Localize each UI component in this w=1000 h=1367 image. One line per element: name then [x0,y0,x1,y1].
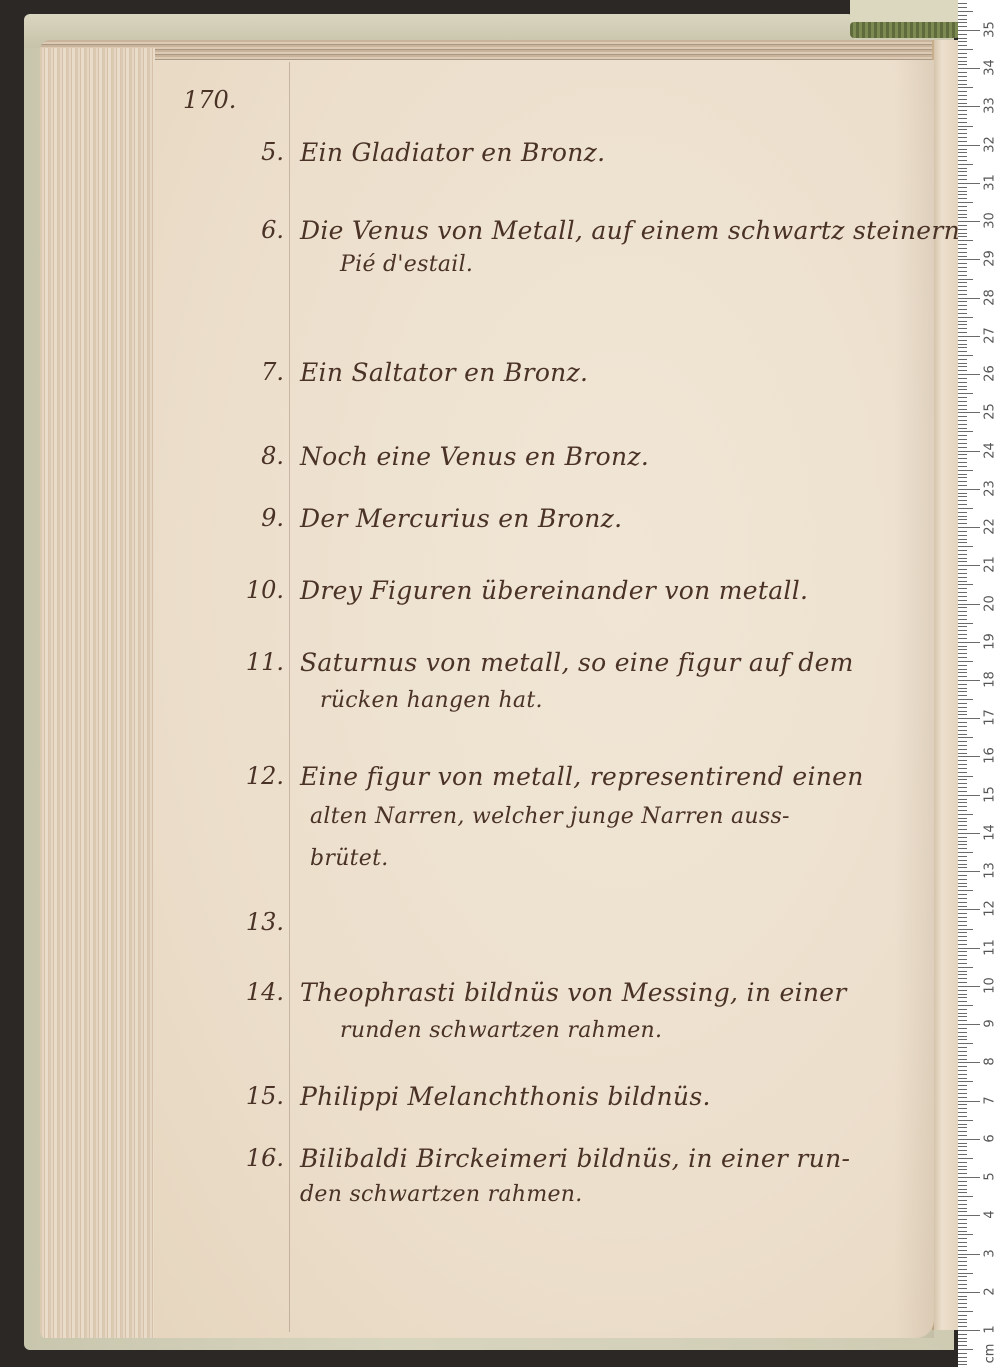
ruler-tick [958,1196,973,1197]
ruler-tick [958,1036,967,1037]
ruler-label: 16 [983,746,998,766]
ruler-tick [958,795,980,796]
page-stack-top [40,40,940,62]
ruler-label: 34 [983,58,998,78]
ruler-tick [958,1009,967,1010]
ruler-tick [958,611,967,612]
ruler-tick [958,202,973,203]
ruler-tick [958,940,967,941]
ruler-label: 20 [983,593,998,613]
ruler-tick [958,997,967,998]
ruler-tick [958,1250,967,1251]
ruler-tick [958,45,967,46]
ruler-tick [958,110,967,111]
scan-scene: 170. 5. Ein Gladiator en Bronz. 6. Die V… [0,0,1000,1367]
ruler-label: 23 [983,478,998,498]
ruler-tick [958,1254,980,1255]
ruler-tick [958,1361,967,1362]
ruler-tick [958,542,967,543]
ruler-tick [958,764,967,765]
ruler-tick [958,344,967,345]
entry-number: 16. [240,1144,284,1172]
ruler-tick [958,1085,967,1086]
ruler-tick [958,802,967,803]
ruler-tick [958,699,973,700]
ruler-tick [958,248,967,249]
ruler-label: 8 [983,1052,998,1072]
ruler-tick [958,737,973,738]
ruler-tick [958,481,967,482]
ruler-tick [958,164,973,165]
ruler-tick [958,1219,967,1220]
ruler-tick [958,1028,967,1029]
ruler-tick [958,1089,967,1090]
ruler-tick [958,600,967,601]
ruler-tick [958,282,967,283]
ruler-tick [958,921,967,922]
ruler-tick [958,890,973,891]
ruler-tick [958,431,973,432]
ruler-tick [958,1181,967,1182]
ruler-tick [958,776,973,777]
ruler-tick [958,867,967,868]
ruler-tick [958,1173,967,1174]
ruler-tick [958,485,967,486]
ruler-tick [958,15,967,16]
ruler-tick [958,11,973,12]
ruler-tick [958,489,980,490]
ruler-tick [958,99,967,100]
ruler-tick [958,84,967,85]
ruler-tick [958,221,980,222]
ruler-tick [958,546,973,547]
ruler-tick [958,7,967,8]
entry-text: Der Mercurius en Bronz. [300,504,622,533]
page-stack-edge [40,48,155,1338]
entry-number: 14. [240,978,284,1006]
ruler-tick [958,214,967,215]
ruler-tick [958,366,967,367]
ruler-tick [958,711,967,712]
ruler-tick [958,936,967,937]
ruler-tick [958,665,967,666]
ruler-tick [958,948,980,949]
ruler-tick [958,508,973,509]
ruler-tick [958,359,967,360]
ruler-tick [958,1257,967,1258]
ruler-tick [958,539,967,540]
ruler-tick [958,1269,967,1270]
ruler-tick [958,210,967,211]
ruler-tick [958,535,967,536]
ruler-tick [958,734,967,735]
ruler-tick [958,87,973,88]
ruler-tick [958,990,967,991]
ruler-tick [958,126,973,127]
ruler-label: 26 [983,364,998,384]
ruler-tick [958,3,967,4]
ruler-tick [958,477,967,478]
ruler-tick [958,691,967,692]
ruler-tick [958,470,973,471]
entry-text-cont: runden schwartzen rahmen. [340,1018,662,1043]
ruler-tick [958,1039,967,1040]
ruler-tick [958,1158,973,1159]
ruler-tick [958,1227,967,1228]
ruler-tick [958,718,980,719]
ruler-tick [958,41,967,42]
ruler-tick [958,347,967,348]
ruler-tick [958,634,967,635]
ruler-tick [958,787,967,788]
ruler-tick [958,615,967,616]
ruler-tick [958,626,967,627]
ruler-tick [958,1074,967,1075]
ruler-tick [958,229,967,230]
entry-text: Drey Figuren übereinander von metall. [300,576,808,605]
ruler-tick [958,848,967,849]
ruler-tick [958,1059,967,1060]
ruler-label: 13 [983,861,998,881]
ruler-tick [958,252,967,253]
ruler-tick [958,263,967,264]
ruler-tick [958,57,967,58]
ruler-tick [958,573,967,574]
ruler-tick [958,389,967,390]
ruler-tick [958,236,967,237]
ruler-tick [958,447,967,448]
ruler-tick [958,1104,967,1105]
ruler-tick [958,726,967,727]
ruler-tick [958,443,967,444]
ruler-tick [958,963,967,964]
ruler-tick [958,581,967,582]
ruler-tick [958,168,967,169]
ruler-tick [958,814,973,815]
ruler-tick [958,565,980,566]
ruler-label: 2 [983,1281,998,1301]
ruler-tick [958,428,967,429]
ruler-label: 17 [983,708,998,728]
ruler-tick [958,1066,967,1067]
ruler-tick [958,1353,967,1354]
ruler-tick [958,405,967,406]
ruler-tick [958,695,967,696]
entry-number: 15. [240,1082,284,1110]
ruler-tick [958,1330,980,1331]
ruler-tick [958,103,967,104]
ruler-tick [958,1189,967,1190]
ruler-tick [958,1296,967,1297]
ruler-label: 27 [983,325,998,345]
ruler-tick [958,233,967,234]
entry-number: 6. [240,216,284,244]
ruler-tick [958,454,967,455]
ruler-tick [958,1307,967,1308]
ruler-tick [958,294,967,295]
ruler-tick [958,860,967,861]
ruler-tick [958,577,967,578]
ruler-tick [958,1139,980,1140]
ruler-tick [958,871,980,872]
ruler-tick [958,519,967,520]
ruler-tick [958,493,967,494]
ruler-tick [958,1349,973,1350]
ruler-tick [958,244,967,245]
ruler-tick [958,1166,967,1167]
ruler-tick [958,1322,967,1323]
ruler-label: 4 [983,1205,998,1225]
ruler-tick [958,561,967,562]
ruler-tick [958,1032,967,1033]
ruler-tick [958,500,967,501]
ruler-tick [958,1120,973,1121]
ruler-tick [958,588,967,589]
ruler-tick [958,925,967,926]
ruler-tick [958,951,967,952]
ruler-tick [958,1127,967,1128]
ruler-tick [958,1200,967,1201]
ruler-tick [958,1238,967,1239]
ruler-tick [958,749,967,750]
ruler-tick [958,370,967,371]
ruler-tick [958,825,967,826]
ruler-tick [958,1185,967,1186]
ruler-tick [958,271,967,272]
ruler-tick [958,864,967,865]
ruler-label: 31 [983,172,998,192]
ruler-tick [958,1005,973,1006]
ruler-tick [958,971,967,972]
ruler-tick [958,149,967,150]
ruler-tick [958,259,980,260]
ruler-tick [958,974,967,975]
ruler-tick [958,1204,967,1205]
ruler-tick [958,317,973,318]
ruler-tick [958,1001,967,1002]
ruler-tick [958,810,967,811]
ruler-tick [958,959,967,960]
ruler-tick [958,898,967,899]
ruler-tick [958,504,967,505]
ruler-tick [958,332,967,333]
ruler-tick [958,267,967,268]
margin-rule [289,62,290,1332]
ruler-tick [958,1135,967,1136]
ruler-tick [958,558,967,559]
ruler-tick [958,409,967,410]
headband [850,22,960,38]
ruler-tick [958,1357,967,1358]
ruler-tick [958,122,967,123]
ruler-tick [958,474,967,475]
ruler-tick [958,1311,973,1312]
ruler-tick [958,730,967,731]
ruler-label: 18 [983,670,998,690]
ruler-tick [958,34,967,35]
ruler-tick [958,661,973,662]
ruler-tick [958,225,967,226]
ruler-tick [958,986,980,987]
ruler-tick [958,324,967,325]
ruler-tick [958,1162,967,1163]
ruler-tick [958,523,967,524]
ruler-tick [958,374,980,375]
entry-text: Ein Gladiator en Bronz. [300,138,605,167]
ruler-tick [958,906,967,907]
ruler-tick [958,638,967,639]
ruler-tick [958,1070,967,1071]
ruler-tick [958,1016,967,1017]
ruler-tick [958,175,967,176]
ruler-label: 21 [983,555,998,575]
ruler-tick [958,435,967,436]
ruler-tick [958,1326,967,1327]
ruler-tick [958,1081,973,1082]
ruler-tick [958,783,967,784]
ruler-tick [958,649,967,650]
ruler-tick [958,309,967,310]
ruler-tick [958,1097,967,1098]
ruler-tick [958,1303,967,1304]
entry-text-cont: Pié d'estail. [340,252,473,277]
ruler-tick [958,688,967,689]
ruler-label: 25 [983,402,998,422]
ruler-tick [958,336,980,337]
ruler-tick [958,19,967,20]
ruler-label: 30 [983,211,998,231]
ruler-tick [958,745,967,746]
ruler-tick [958,451,980,452]
ruler-tick [958,61,967,62]
entry-number: 13. [240,908,284,936]
ruler-tick [958,994,967,995]
ruler-tick [958,1192,967,1193]
ruler-tick [958,550,967,551]
ruler-tick [958,1338,967,1339]
ruler-tick [958,768,967,769]
ruler-tick [958,837,967,838]
ruler-tick [958,290,967,291]
ruler-tick [958,714,967,715]
ruler-tick [958,301,967,302]
ruler-tick [958,53,967,54]
ruler-tick [958,584,973,585]
ruler-tick [958,929,973,930]
ruler-tick [958,72,967,73]
ruler-tick [958,275,967,276]
ruler-tick [958,1124,967,1125]
ruler-tick [958,156,967,157]
ruler-label: 28 [983,287,998,307]
ruler-tick [958,191,967,192]
ruler-tick [958,1234,973,1235]
ruler-tick [958,1299,967,1300]
ruler-tick [958,1116,967,1117]
ruler-tick [958,80,967,81]
ruler-tick [958,328,967,329]
ruler-tick [958,913,967,914]
ruler-tick [958,298,980,299]
ruler-tick [958,38,967,39]
ruler-tick [958,1078,967,1079]
ruler-tick [958,1261,967,1262]
ruler-label: 24 [983,440,998,460]
ruler-tick [958,133,967,134]
ruler-tick [958,680,980,681]
ruler-label: 33 [983,96,998,116]
ruler-tick [958,642,980,643]
ruler-tick [958,26,967,27]
entry-number: 5. [240,138,284,166]
ruler-tick [958,1146,967,1147]
ruler-tick [958,152,967,153]
ruler-label: 35 [983,20,998,40]
ruler-tick [958,1043,973,1044]
entry-number: 9. [240,504,284,532]
ruler-tick [958,902,967,903]
ruler-tick [958,1334,967,1335]
ruler-tick [958,305,967,306]
folio-number: 170. [183,86,236,114]
ruler-tick [958,1208,967,1209]
ruler-tick [958,129,967,130]
ruler-tick [958,462,967,463]
ruler-tick [958,466,967,467]
ruler-tick [958,1319,967,1320]
ruler-tick [958,883,967,884]
entry-number: 7. [240,358,284,386]
ruler-tick [958,669,967,670]
ruler-label: 15 [983,784,998,804]
ruler-tick [958,596,967,597]
ruler-label: 12 [983,899,998,919]
ruler-tick [958,818,967,819]
ruler-tick [958,1273,973,1274]
entry-text-cont: alten Narren, welcher junge Narren auss- [310,804,790,829]
ruler-tick [958,799,967,800]
ruler-tick [958,875,967,876]
ruler-label: 11 [983,937,998,957]
ruler-tick [958,1292,980,1293]
ruler-label: 32 [983,134,998,154]
ruler-tick [958,1211,967,1212]
ruler-tick [958,527,980,528]
ruler-label: 5 [983,1167,998,1187]
ruler-tick [958,1315,967,1316]
ruler-tick [958,1047,967,1048]
ruler-tick [958,412,980,413]
ruler-tick [958,569,967,570]
ruler-tick [958,424,967,425]
ruler-tick [958,1345,967,1346]
ruler-tick [958,1055,967,1056]
ruler-tick [958,401,967,402]
ruler-tick [958,30,980,31]
ruler-tick [958,756,980,757]
ruler-tick [958,779,967,780]
ruler-label: 9 [983,1014,998,1034]
ruler-tick [958,833,980,834]
ruler-tick [958,806,967,807]
entry-number: 10. [240,576,284,604]
ruler-tick [958,760,967,761]
ruler-tick [958,179,967,180]
ruler-tick [958,879,967,880]
ruler-label: 3 [983,1243,998,1263]
ruler-tick [958,1020,967,1021]
ruler-tick [958,722,967,723]
